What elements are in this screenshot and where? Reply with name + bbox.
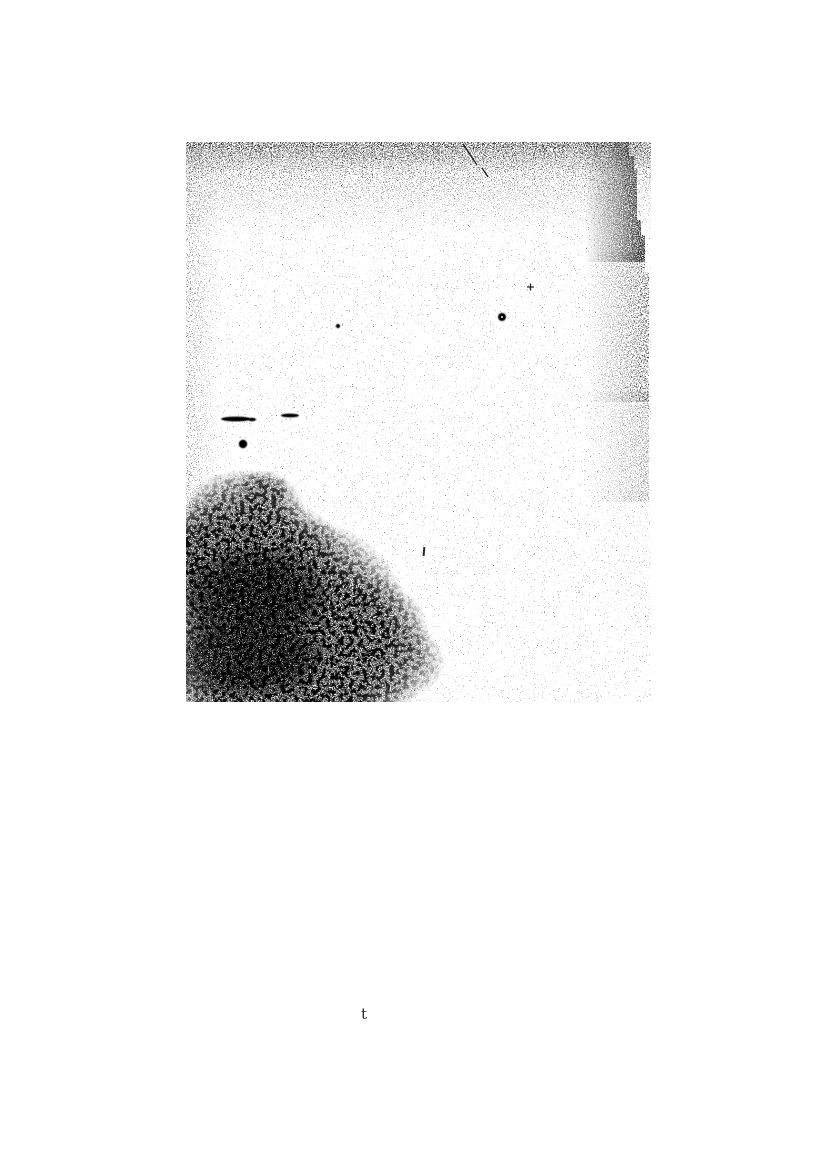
smudge-dash-tail	[248, 418, 256, 422]
scanned-document-page: t	[0, 0, 827, 1169]
smudge-dash-2	[281, 414, 299, 418]
stray-character: t	[361, 1007, 367, 1022]
ink-dot-large	[239, 440, 247, 448]
ink-rosette-center	[501, 316, 503, 318]
scan-noise-texture	[186, 142, 651, 702]
ink-blot	[186, 442, 526, 702]
noise-top-band	[186, 142, 651, 237]
smudge-dash	[221, 417, 251, 422]
ink-dot-small	[336, 324, 340, 328]
